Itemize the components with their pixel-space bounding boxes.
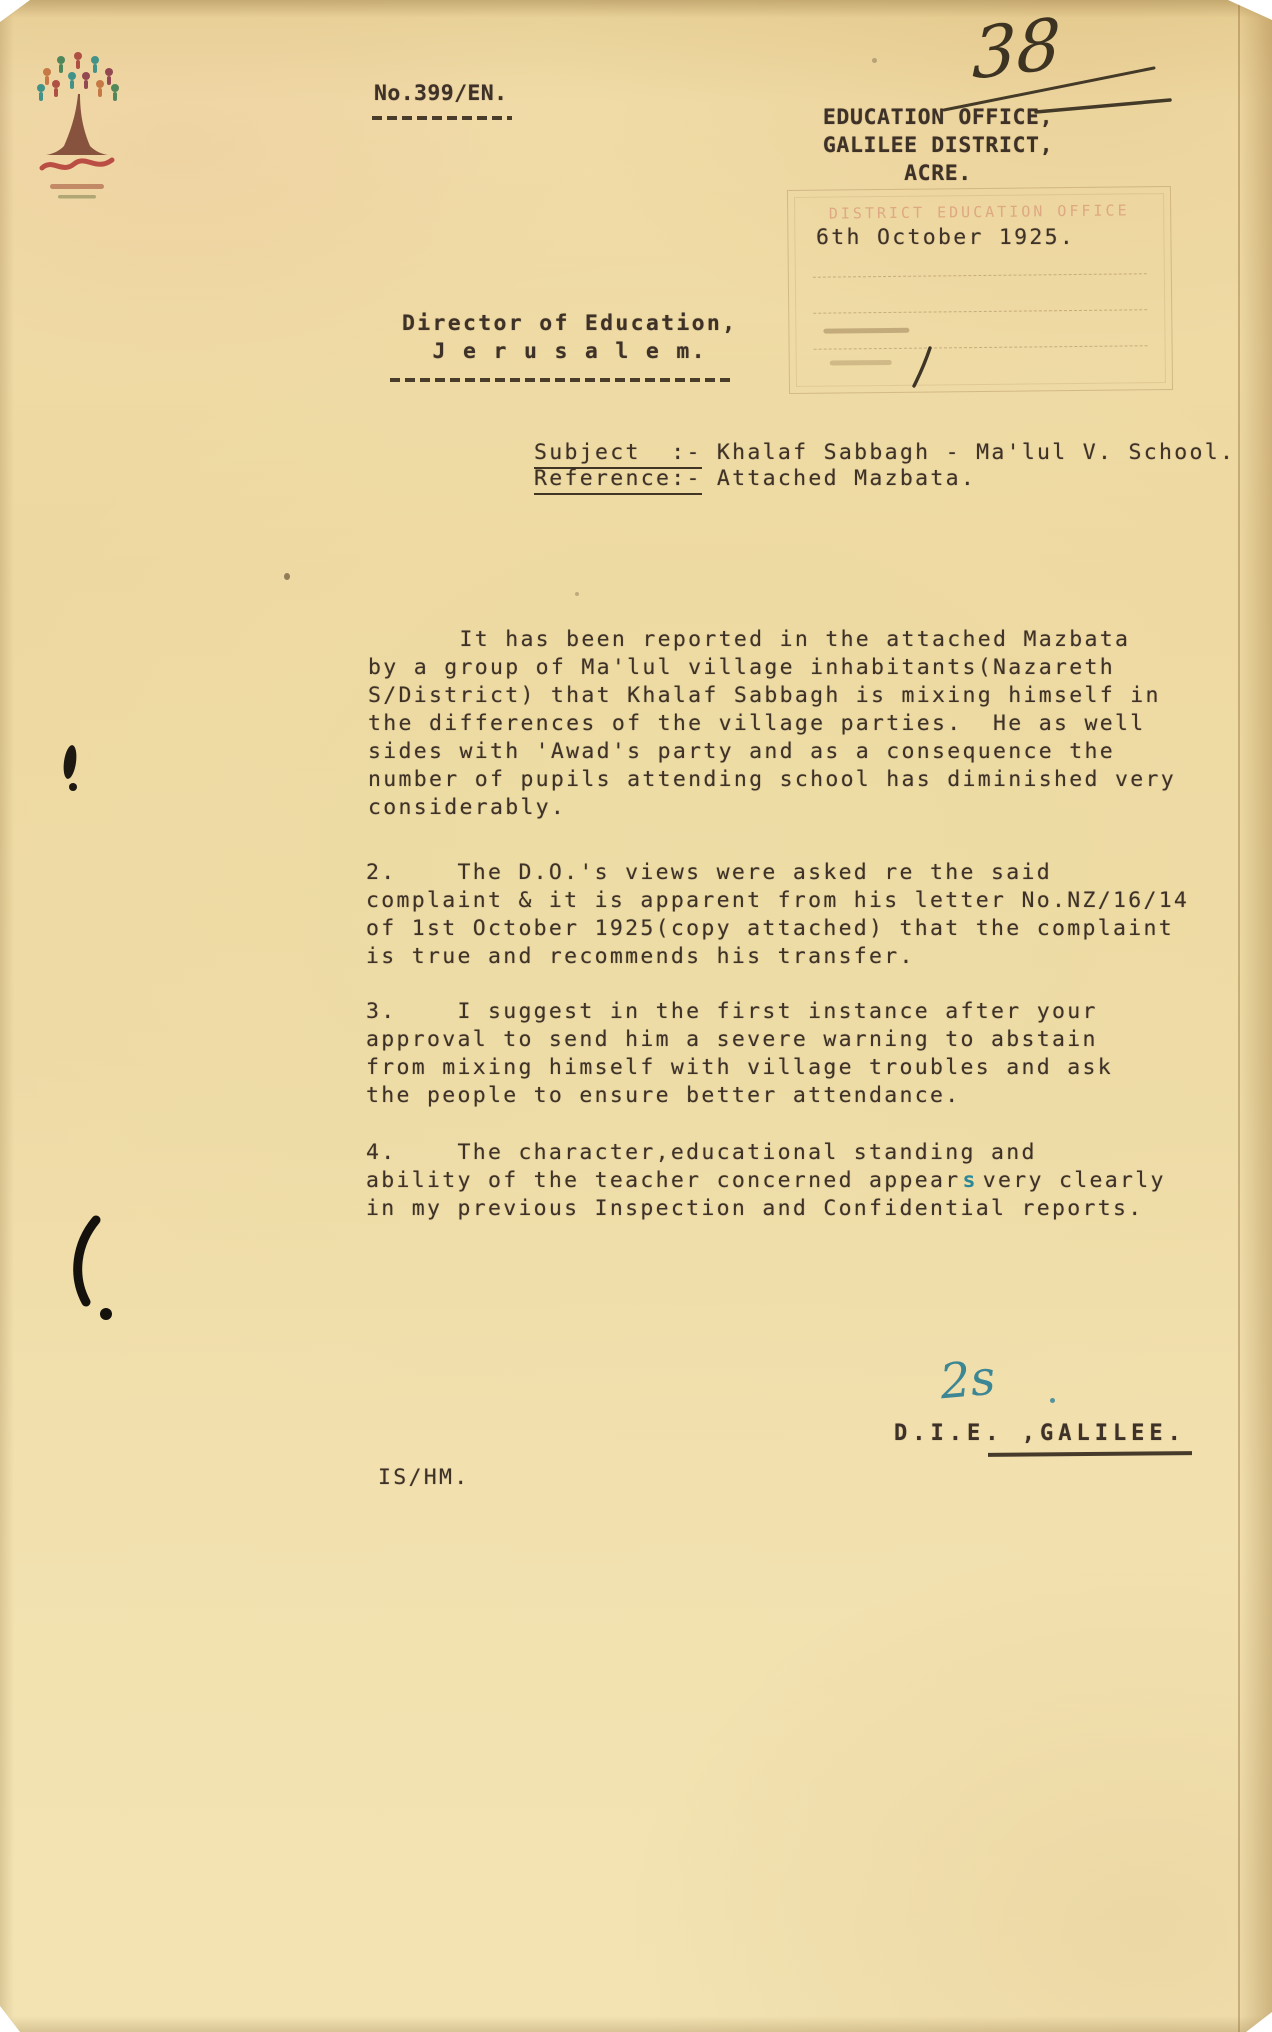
tree-logo-graphic — [28, 42, 128, 214]
received-stamp: DISTRICT EDUCATION OFFICE — [787, 186, 1173, 394]
paper-edge-shadow-bottom — [0, 2016, 1272, 2032]
subject-value: Khalaf Sabbagh - Ma'lul V. School. — [702, 440, 1236, 465]
reference-number: No.399/EN. — [374, 80, 507, 108]
signature-handwritten-initials: 2s — [938, 1350, 998, 1411]
recipient-address: Director of Education, J e r u s a l e m… — [402, 310, 737, 366]
paragraph4-prefix: ability of the teacher concerned appear — [366, 1168, 961, 1193]
ink-speck — [575, 592, 579, 596]
typist-initials: IS/HM. — [378, 1464, 469, 1492]
body-paragraph-4: 4. The character,educational standing an… — [366, 1139, 1166, 1223]
reference-number-underline — [372, 116, 512, 120]
subject-reference-block: Subject :- Khalaf Sabbagh - Ma'lul V. Sc… — [534, 440, 1235, 492]
paragraph4-suffix: very clearly — [983, 1168, 1166, 1193]
signature-underline — [988, 1451, 1192, 1456]
body-paragraph-3: 3. I suggest in the first instance after… — [366, 998, 1113, 1110]
reference-label: Reference:- — [534, 466, 702, 495]
paper-edge-shadow-left — [0, 0, 14, 2032]
stamp-arabic-script — [830, 360, 892, 366]
paragraph4-line1: 4. The character,educational standing an… — [366, 1140, 1037, 1165]
stamp-arabic-script — [823, 328, 909, 334]
ink-speck — [284, 573, 290, 580]
document-page: 38 No.399/EN. EDUCATION OFFICE, GALILEE … — [0, 0, 1272, 2032]
tree-of-people-logo — [28, 42, 128, 218]
letter-date: 6th October 1925. — [816, 224, 1075, 252]
ink-blot — [56, 740, 86, 800]
body-paragraph-2: 2. The D.O.'s views were asked re the sa… — [366, 859, 1189, 971]
pen-slash-mark — [904, 344, 940, 390]
ink-speck — [872, 58, 877, 63]
body-paragraph-1: It has been reported in the attached Maz… — [368, 626, 1176, 822]
recipient-underline — [390, 378, 730, 382]
signature-ink-dot — [1050, 1398, 1055, 1403]
ink-brush-mark — [62, 1214, 132, 1329]
reference-value: Attached Mazbata. — [702, 466, 976, 491]
paper-edge-shadow-right — [1238, 0, 1272, 2032]
subject-label: Subject :- — [534, 440, 702, 469]
office-address: EDUCATION OFFICE, GALILEE DISTRICT, ACRE… — [812, 104, 1064, 188]
inserted-letter-s-blue-ink: s — [963, 1168, 978, 1193]
paper-crease — [1238, 0, 1240, 2032]
signature-typed-title: D.I.E. ,GALILEE. — [894, 1420, 1186, 1448]
paragraph4-line3: in my previous Inspection and Confidenti… — [366, 1196, 1143, 1221]
